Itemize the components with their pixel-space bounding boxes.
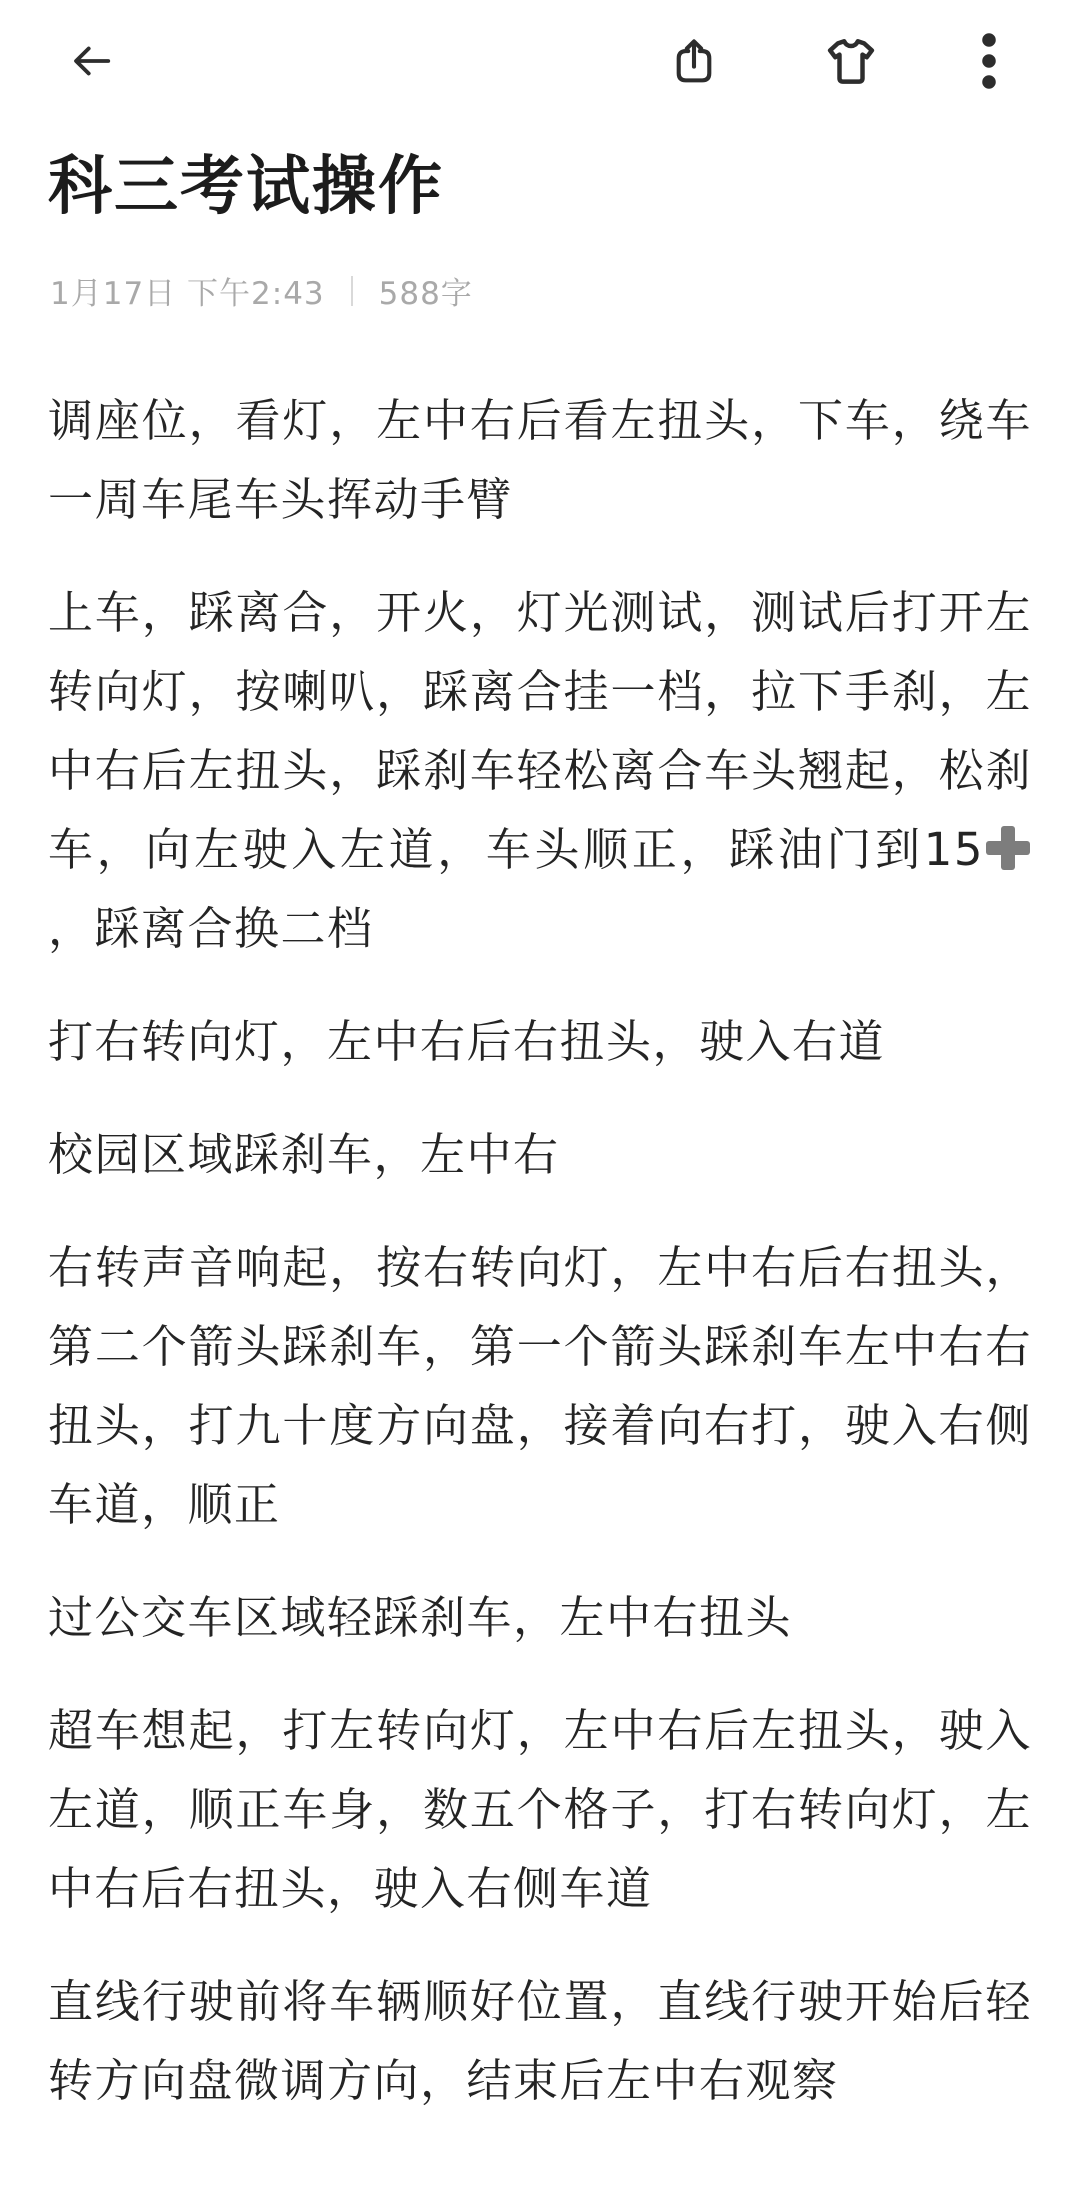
paragraph-text: 校园区域踩刹车，左中右: [48, 1128, 560, 1181]
back-arrow-icon: [62, 38, 120, 84]
paragraph-text: 超车想起，打左转向灯，左中右后左扭头，驶入左道，顺正车身，数五个格子，打右转向灯…: [48, 1704, 1032, 1915]
topbar-actions: [668, 32, 996, 90]
paragraph-text: 直线行驶前将车辆顺好位置，直线行驶开始后轻转方向盘微调方向，结束后左中右观察: [48, 1975, 1032, 2107]
paragraph-text: 过公交车区域轻踩刹车，左中右扭头: [48, 1591, 792, 1644]
note-paragraph[interactable]: 校园区域踩刹车，左中右: [48, 1115, 1032, 1194]
note-paragraph[interactable]: 打右转向灯，左中右后右扭头，驶入右道: [48, 1002, 1032, 1081]
meta-divider: [351, 276, 353, 306]
note-paragraph[interactable]: 直线行驶前将车辆顺好位置，直线行驶开始后轻转方向盘微调方向，结束后左中右观察: [48, 1962, 1032, 2120]
note-word-count: 588字: [379, 268, 473, 313]
paragraph-text: ，踩离合换二档: [48, 902, 374, 955]
paragraph-text: 调座位，看灯，左中右后看左扭头，下车，绕车一周车尾车头挥动手臂: [48, 394, 1032, 526]
note-paragraph[interactable]: 过公交车区域轻踩刹车，左中右扭头: [48, 1578, 1032, 1657]
heavy-plus-icon: [986, 826, 1030, 870]
paragraph-text: 上车，踩离合，开火，灯光测试，测试后打开左转向灯，按喇叭，踩离合挂一档，拉下手刹…: [48, 586, 1032, 876]
note-page: 科三考试操作 1月17日 下午2:43 588字 调座位，看灯，左中右后看左扭头…: [0, 0, 1080, 2201]
note-paragraph[interactable]: 超车想起，打左转向灯，左中右后左扭头，驶入左道，顺正车身，数五个格子，打右转向灯…: [48, 1691, 1032, 1928]
note-title[interactable]: 科三考试操作: [48, 148, 1032, 226]
paragraph-text: 右转声音响起，按右转向灯，左中右后右扭头，第二个箭头踩刹车，第一个箭头踩刹车左中…: [48, 1241, 1032, 1531]
tshirt-icon: [822, 34, 880, 88]
share-icon: [668, 33, 720, 89]
note-meta: 1月17日 下午2:43 588字: [50, 268, 1030, 313]
back-button[interactable]: [62, 38, 120, 84]
kebab-menu-icon: [982, 32, 996, 90]
share-button[interactable]: [668, 33, 720, 89]
note-paragraph[interactable]: 调座位，看灯，左中右后看左扭头，下车，绕车一周车尾车头挥动手臂: [48, 381, 1032, 539]
note-paragraph[interactable]: 右转声音响起，按右转向灯，左中右后右扭头，第二个箭头踩刹车，第一个箭头踩刹车左中…: [48, 1228, 1032, 1544]
top-bar: [0, 0, 1080, 112]
more-options-button[interactable]: [982, 32, 996, 90]
note-content[interactable]: 调座位，看灯，左中右后看左扭头，下车，绕车一周车尾车头挥动手臂 上车，踩离合，开…: [48, 381, 1032, 2120]
skin-theme-button[interactable]: [822, 34, 880, 88]
note-paragraph[interactable]: 上车，踩离合，开火，灯光测试，测试后打开左转向灯，按喇叭，踩离合挂一档，拉下手刹…: [48, 573, 1032, 968]
note-datetime: 1月17日 下午2:43: [50, 268, 325, 313]
paragraph-text: 打右转向灯，左中右后右扭头，驶入右道: [48, 1015, 885, 1068]
